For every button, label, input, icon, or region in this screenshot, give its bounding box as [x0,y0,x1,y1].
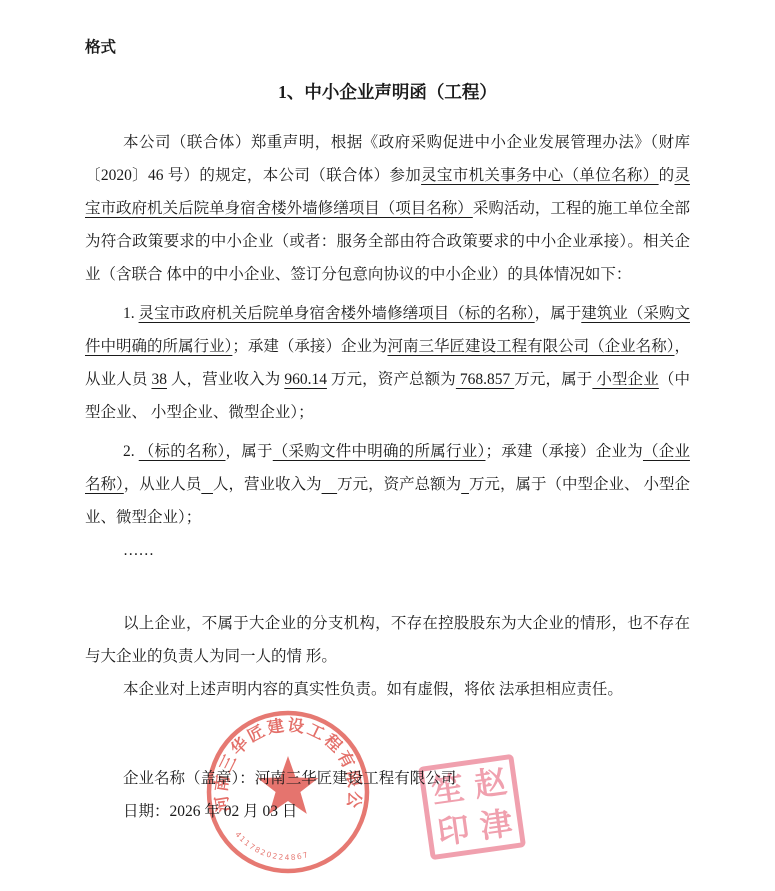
document-body: 本公司（联合体）郑重声明，根据《政府采购促进中小企业发展管理办法》（财库〔202… [85,126,690,706]
format-label: 格式 [85,38,690,58]
text-segment: （标的名称） [139,443,226,460]
text-segment: 万元，资产总额为 [327,371,456,388]
text-segment [461,476,469,493]
text-segment: 2. [123,443,139,460]
text-segment: 1. [123,305,139,322]
company-name-label: 企业名称（盖章）： [123,770,255,787]
date-label: 日期： [123,803,170,820]
text-segment: 以上企业，不属于大企业的分支机构，不存在控股股东为大企业的情形，也不存在与大企业… [85,615,690,665]
text-segment: 人，营业收入为 [167,371,284,388]
text-segment: （采购文件中明确的所属行业） [273,443,486,460]
company-name-row: 企业名称（盖章）：河南三华匠建设工程有限公司 [123,762,690,795]
paragraph: 1. 灵宝市政府机关后院单身宿舍楼外墙修缮项目（标的名称），属于建筑业（采购文件… [85,297,690,429]
paragraph: 2. （标的名称），属于（采购文件中明确的所属行业）；承建（承接）企业为（企业名… [85,435,690,534]
text-segment: 768.857 [456,371,514,388]
text-segment: ，属于 [535,305,582,322]
text-segment: 灵宝市政府机关后院单身宿舍楼外墙修缮项目（标的名称） [139,305,535,322]
date-value: 2026 年 02 月 03 日 [170,803,298,820]
text-segment: 小型企业 [592,371,658,388]
text-segment: …… [123,542,154,559]
text-segment: 人，营业收入为 [213,476,322,493]
text-segment: 河南三华匠建设工程有限公司（企业名称） [388,338,675,355]
text-segment: 万元，资产总额为 [337,476,461,493]
text-segment: ；承建（承接）企业为 [232,338,387,355]
text-segment [201,476,213,493]
paragraph: 本公司（联合体）郑重声明，根据《政府采购促进中小企业发展管理办法》（财库〔202… [85,126,690,291]
paragraph: …… [85,534,690,567]
signature-block: 企业名称（盖章）：河南三华匠建设工程有限公司 日期：2026 年 02 月 03… [85,762,690,828]
paragraph: 以上企业，不属于大企业的分支机构，不存在控股股东为大企业的情形，也不存在与大企业… [85,607,690,673]
paragraph: 本企业对上述声明内容的真实性负责。如有虚假，将依 法承担相应责任。 [85,673,690,706]
text-segment [322,476,338,493]
company-name-value: 河南三华匠建设工程有限公司 [255,770,457,787]
text-segment: ；承建（承接）企业为 [485,443,642,460]
text-segment: 万元，属于 [514,371,592,388]
text-segment: 灵宝市机关事务中心（单位名称） [421,167,659,184]
text-segment: ，从业人员 [124,476,202,493]
text-segment: 本企业对上述声明内容的真实性负责。如有虚假，将依 法承担相应责任。 [123,681,623,698]
document-title: 1、中小企业声明函（工程） [85,80,690,104]
date-row: 日期：2026 年 02 月 03 日 [123,795,690,828]
text-segment: 的 [659,167,675,184]
document-page: 格式 1、中小企业声明函（工程） 本公司（联合体）郑重声明，根据《政府采购促进中… [0,0,775,891]
text-segment: ，属于 [226,443,273,460]
seal-code-text: 4117820224867 [233,830,310,862]
text-segment: 38 [151,371,167,388]
text-segment: 960.14 [284,371,327,388]
